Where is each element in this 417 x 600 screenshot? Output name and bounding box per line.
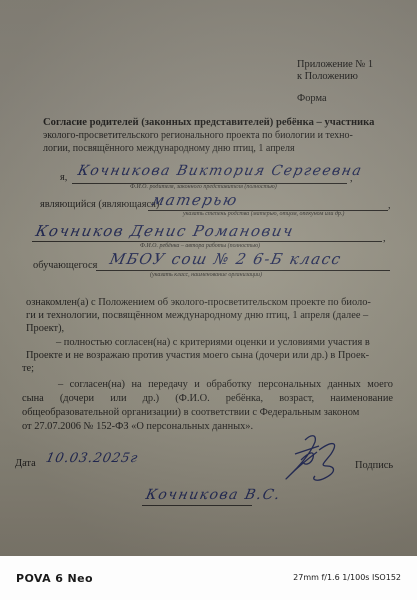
appendix-reference: к Положению: [297, 70, 358, 83]
date-handwritten: 10.03.2025г: [44, 451, 139, 466]
body-p1-line-1: ознакомлен(а) с Положением об эколого-пр…: [26, 296, 371, 309]
school-prefix: обучающегося: [33, 259, 97, 272]
camera-exif: 27mm f/1.6 1/100s ISO152: [293, 573, 401, 582]
parent-suffix: ,: [350, 172, 353, 185]
relation-suffix: ,: [388, 199, 391, 212]
relation-handwritten: матерью: [150, 191, 240, 209]
document-photo: Приложение № 1 к Положению Форма Согласи…: [0, 0, 417, 556]
body-p3-line-3: общеобразовательной организации) в соотв…: [22, 406, 359, 419]
body-p1-line-3: Проект),: [26, 322, 64, 335]
signer-underline: [142, 505, 252, 506]
school-handwritten: МБОУ сош № 2 6-Б класс: [108, 250, 343, 268]
date-label: Дата: [15, 457, 36, 470]
body-p2-line-1: – полностью согласен(на) с критериями оц…: [56, 336, 370, 349]
body-p3-line-2: сына (дочери или др.) (Ф.И.О. ребёнка, в…: [22, 392, 393, 405]
school-hint: (указать класс, наименование организации…: [150, 272, 262, 278]
body-p2-line-3: те;: [22, 362, 34, 375]
document-title: Согласие родителей (законных представите…: [43, 116, 374, 129]
child-name-handwritten: Кочников Денис Романович: [34, 222, 296, 240]
signature-label: Подпись: [355, 459, 393, 472]
relation-prefix: являющийся (являющаяся): [40, 198, 159, 211]
parent-hint: Ф.И.О. родителя, законного представителя…: [130, 184, 277, 190]
form-label: Форма: [297, 92, 327, 105]
body-p3-line-1: – согласен(на) на передачу и обработку п…: [58, 378, 393, 391]
parent-name-handwritten: Кочникова Виктория Сергеевна: [76, 163, 364, 179]
child-hint: Ф.И.О. ребёнка – автора работы (полность…: [140, 243, 260, 249]
child-suffix: ,: [383, 232, 386, 245]
body-p2-line-2: Проекте и не возражаю против участия мое…: [26, 349, 369, 362]
body-p1-line-2: ги и технологии, посвящённом международн…: [26, 309, 368, 322]
relation-hint: указать степень родства (матерью, отцом,…: [183, 211, 344, 217]
parent-prefix: я,: [60, 171, 67, 184]
camera-watermark-bar: POVA 6 Neo 27mm f/1.6 1/100s ISO152: [0, 556, 417, 600]
body-p3-line-4: от 27.07.2006 № 152-ФЗ «О персональных д…: [22, 420, 253, 433]
child-underline: [32, 241, 382, 242]
document-subtitle-line-2: логии, посвящённого международному дню п…: [43, 142, 295, 155]
school-underline: [96, 270, 390, 271]
camera-brand: POVA 6 Neo: [16, 572, 93, 585]
document-subtitle-line-1: эколого-просветительского регионального …: [43, 129, 353, 142]
signature-scribble: [275, 432, 355, 492]
signer-name-handwritten: Кочникова В.С.: [144, 487, 282, 503]
